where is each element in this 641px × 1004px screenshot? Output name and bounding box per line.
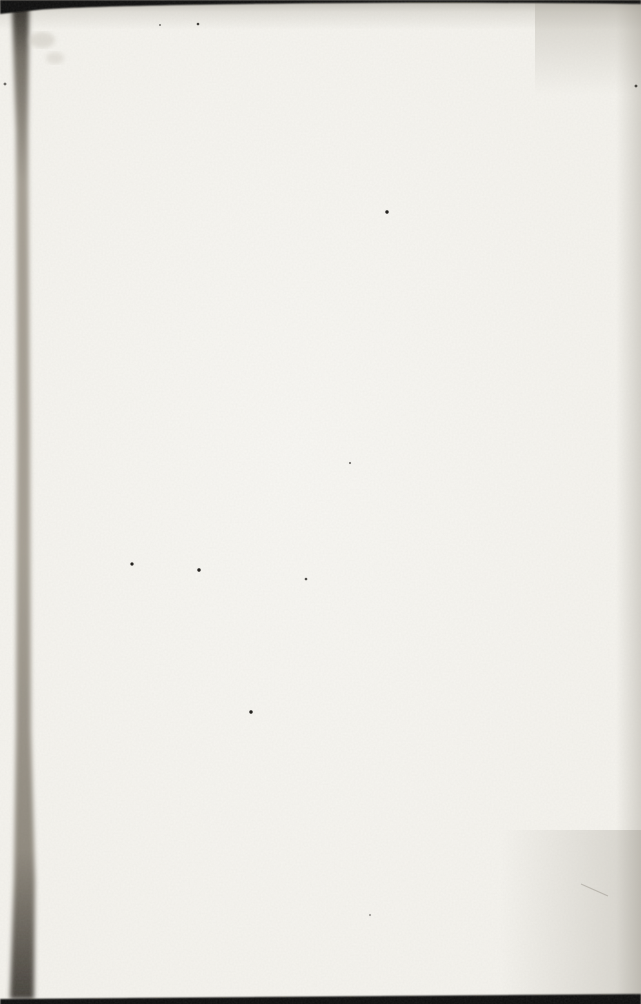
scanned-page [0, 0, 641, 1004]
paper-grain-texture [0, 0, 641, 1004]
scan-canvas [0, 0, 641, 1004]
